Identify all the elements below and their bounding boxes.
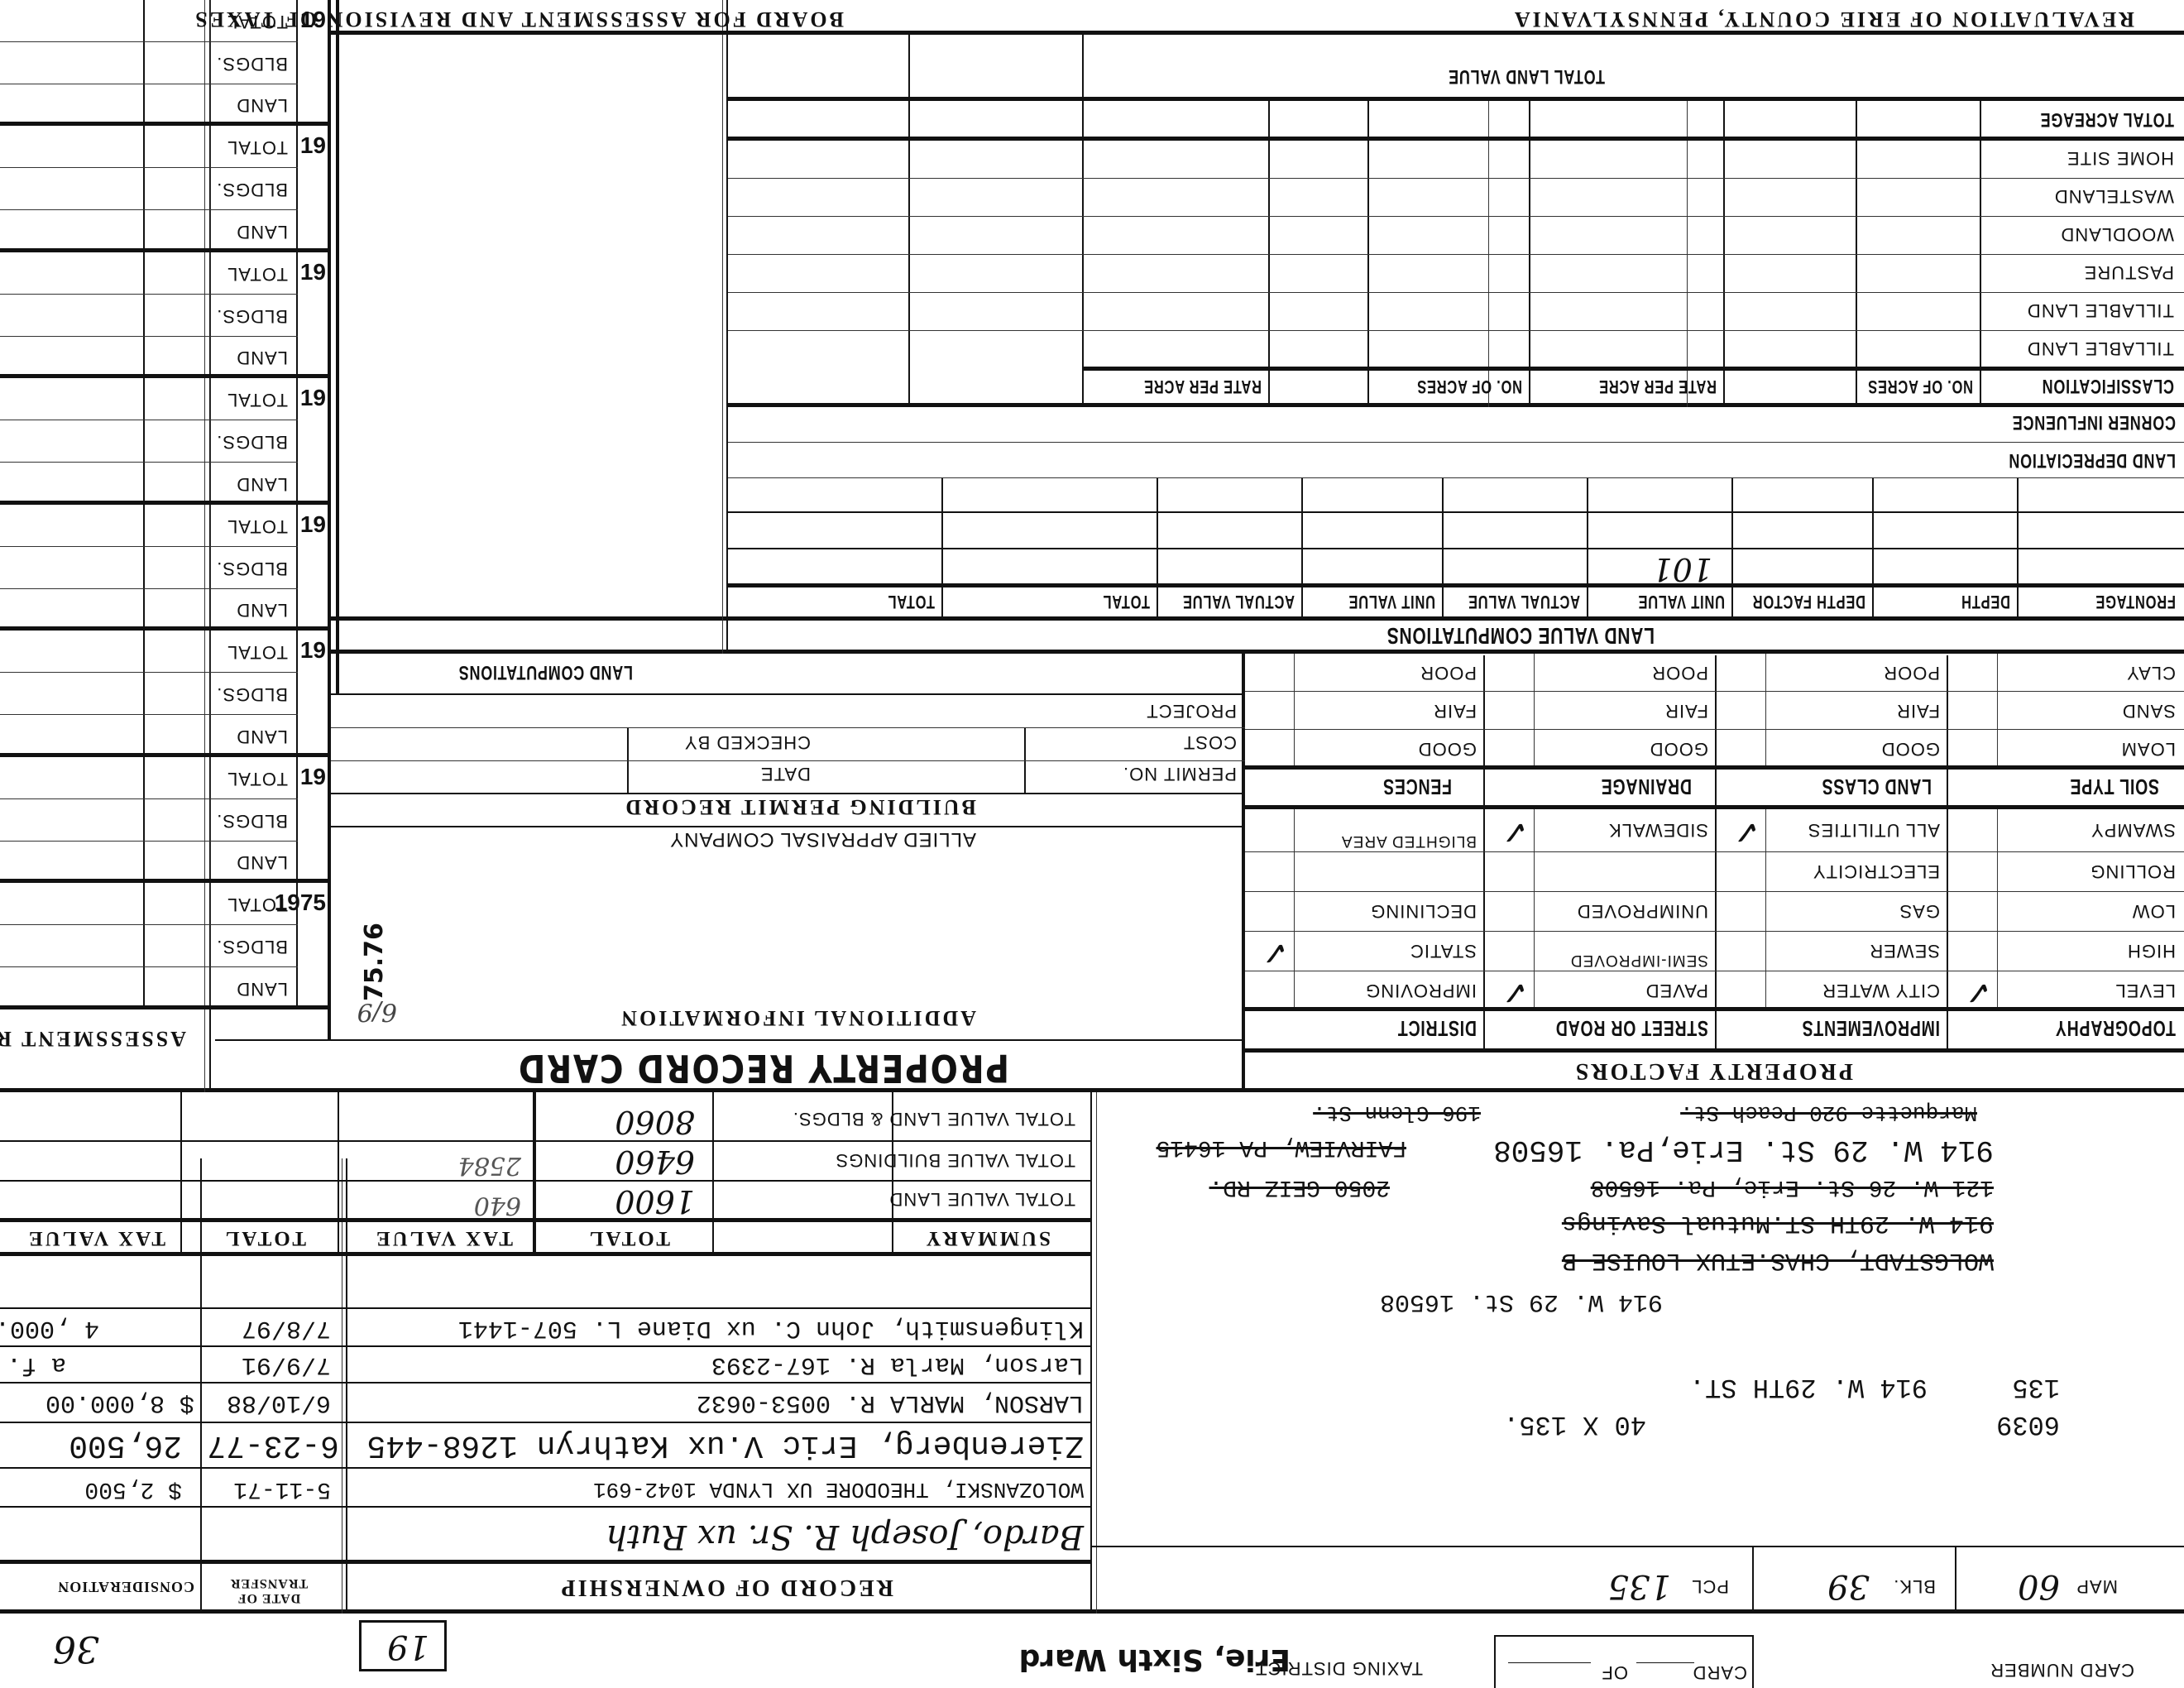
assessment-row-label: LAND xyxy=(236,600,288,621)
class-col-acres-1: NO. OF ACRES xyxy=(1867,376,1973,397)
assessment-value-field[interactable] xyxy=(4,256,141,291)
fences-fair: FAIR xyxy=(1433,700,1477,722)
pf-level: LEVEL xyxy=(2115,980,2177,1001)
class-row-wasteland: WASTELAND xyxy=(2054,185,2174,207)
assessment-value-field[interactable] xyxy=(4,466,141,501)
pf-semi-improved: SEMI-IMPROVED xyxy=(1543,952,1708,968)
summary-row-total-1[interactable]: 6460 xyxy=(615,1144,695,1180)
pf-swampy: SWAMPY xyxy=(2091,819,2176,841)
depth-factor-value[interactable]: 101 xyxy=(1652,551,1712,587)
soil-clay: CLAY xyxy=(2126,662,2176,683)
assessment-year-prefix: 19 xyxy=(300,386,326,412)
assessment-value-field[interactable] xyxy=(4,213,141,249)
summary-title: SUMMARY xyxy=(924,1226,1051,1249)
taxing-district-label: TAXING DISTRICT xyxy=(1324,1658,1423,1678)
address-6: FAIRVIEW, PA 16415 xyxy=(1157,1134,1406,1160)
assessment-value-field[interactable] xyxy=(4,635,141,670)
drainage-poor: POOR xyxy=(1651,662,1708,683)
address-0: 914 W. 29 St. 16508 xyxy=(1380,1288,1663,1316)
class-row-pasture: PASTURE xyxy=(2084,261,2174,283)
additional-info-handwriting: 6/9 xyxy=(357,997,397,1026)
pf-static-check-icon[interactable]: ✓ xyxy=(1261,933,1289,971)
landclass-good: GOOD xyxy=(1881,738,1940,760)
pf-rolling: ROLLING xyxy=(2090,861,2176,882)
pf-sidewalk: SIDEWALK xyxy=(1608,819,1708,841)
landclass-poor: POOR xyxy=(1883,662,1940,683)
address-1: WOLGSTADT, CHAS.ETUX LOUISE B xyxy=(1562,1246,1994,1274)
map-label: MAP xyxy=(2076,1575,2118,1597)
transfer-date-4: 7/9/91 xyxy=(242,1350,331,1379)
pf-col-district: DISTRICT xyxy=(1397,1015,1477,1041)
total-land-value-label: TOTAL LAND VALUE xyxy=(1448,65,1605,88)
corner-number: 36 xyxy=(53,1628,99,1670)
owner-3: LARSON, MARLA R. 0053-0632 xyxy=(697,1388,1084,1417)
summary-tax-value-header: TAX VALUE xyxy=(374,1226,513,1249)
classification-label: CLASSIFICATION xyxy=(2042,374,2174,397)
pf-paved: PAVED xyxy=(1645,980,1708,1001)
summary-total-header: TOTAL xyxy=(587,1226,670,1249)
assessment-row-label: BLDGS. xyxy=(216,431,288,453)
assessment-year-prefix: 19 xyxy=(300,638,326,664)
assessment-row-label: BLDGS. xyxy=(216,53,288,74)
assessment-row-label: BLDGS. xyxy=(216,810,288,832)
transfer-date-2: 6-23-77 xyxy=(207,1427,339,1463)
assessment-value-field[interactable] xyxy=(4,550,141,586)
assessment-value-field[interactable] xyxy=(4,592,141,628)
address-4: 2050 GEIZ RD. xyxy=(1209,1174,1390,1200)
soil-loam: LOAM xyxy=(2121,738,2176,760)
owner-5: Klingensmith, John C. ux Diane L. 507-14… xyxy=(458,1314,1084,1342)
pcl-label: PCL xyxy=(1691,1575,1729,1597)
assessment-year-prefix: 19 xyxy=(300,764,326,790)
pf-paved-check-icon[interactable]: ✓ xyxy=(1501,973,1529,1011)
assessment-value-field[interactable] xyxy=(4,928,141,964)
address-5: 914 W. 29 St. Erie,Pa. 16508 xyxy=(1493,1133,1994,1167)
date-of-transfer-header: DATE OF TRANSFER xyxy=(207,1575,331,1605)
pf-blighted-area: BLIGHTED AREA xyxy=(1311,832,1477,849)
soil-sand: SAND xyxy=(2122,700,2176,722)
owner-1: WOLOZANSKI, THEODORE UX LYNDA 1042-691 xyxy=(593,1477,1084,1502)
consideration-3: $ 8,000.00 xyxy=(45,1388,194,1417)
pf-col-soil-type: SOIL TYPE xyxy=(2070,774,2159,799)
pf-low: LOW xyxy=(2132,900,2176,922)
consideration-5: 4 ,000. xyxy=(0,1314,99,1342)
assessment-row-label: LAND xyxy=(236,978,288,1000)
corner-influence-label: CORNER INFLUENCE xyxy=(2012,410,2176,434)
blk-value[interactable]: 39 xyxy=(1827,1567,1870,1605)
building-permit-title: BUILDING PERMIT RECORD xyxy=(623,794,976,819)
assessment-value-field[interactable] xyxy=(4,3,141,39)
land-value-column-header: UNIT VALUE xyxy=(1638,591,1725,612)
ownership-title: RECORD OF OWNERSHIP xyxy=(559,1574,893,1600)
assessment-row-label: BLDGS. xyxy=(216,936,288,957)
land-value-column-header: FRONTAGE xyxy=(2095,591,2176,612)
map-value[interactable]: 60 xyxy=(2018,1567,2060,1605)
card-of-of-label: OF xyxy=(1601,1662,1628,1683)
consideration-header: CONSIDERATION xyxy=(57,1578,194,1595)
transfer-date-1: 5-11-71 xyxy=(233,1476,331,1502)
owner-2: Zierenberg, Eric V.ux Kathryn 1268-445 xyxy=(366,1427,1084,1463)
pf-gas: GAS xyxy=(1899,900,1940,922)
taxing-district-value: Erie, Sixth Ward xyxy=(1019,1642,1291,1676)
summary-row-label-0: TOTAL VALUE LAND xyxy=(889,1188,1075,1210)
assessment-row-label: LAND xyxy=(236,221,288,242)
summary-row-label-1: TOTAL VALUE BUILDINGS xyxy=(836,1149,1075,1171)
assessment-row-label: BLDGS. xyxy=(216,683,288,705)
assessment-year-prefix: 19 xyxy=(300,7,326,33)
checked-by-label: CHECKED BY xyxy=(684,731,811,753)
assessment-row-label: LAND xyxy=(236,852,288,874)
summary-row-label-2: TOTAL VALUE LAND & BLDGS. xyxy=(793,1108,1075,1129)
county-title: REVALUATION OF ERIE COUNTY, PENNSYLVANIA xyxy=(1512,7,2134,31)
land-value-column-header: ACTUAL VALUE xyxy=(1468,591,1580,612)
card-of-field-2[interactable] xyxy=(1508,1662,1591,1663)
parcel-line2-addr: 914 W. 29TH ST. xyxy=(1689,1372,1928,1403)
owner-4: Larson, Marla R. 167-2393 xyxy=(711,1350,1084,1379)
pf-electricity: ELECTRICITY xyxy=(1813,861,1940,882)
fences-poor: POOR xyxy=(1420,662,1477,683)
assessment-value-field[interactable] xyxy=(4,298,141,333)
assessment-row-label: TOTAL xyxy=(227,389,288,410)
pf-sewer: SEWER xyxy=(1869,940,1940,961)
consideration-1: $ 2,500 xyxy=(84,1476,182,1502)
transfer-date-5: 7/8/97 xyxy=(242,1314,331,1342)
cost-label: COST xyxy=(1183,731,1237,753)
drainage-fair: FAIR xyxy=(1664,700,1708,722)
pf-level-check-icon[interactable]: ✓ xyxy=(1964,973,1992,1011)
summary-row-tax-1[interactable]: 2584 xyxy=(458,1151,521,1180)
additional-info-title: ADDITIONAL INFORMATION xyxy=(619,1005,976,1030)
assessment-year-prefix: 19 xyxy=(300,511,326,538)
land-value-column-header: UNIT VALUE xyxy=(1348,591,1435,612)
project-label: PROJECT xyxy=(1146,700,1237,722)
land-value-computations-title: LAND VALUE COMPUTATIONS xyxy=(1387,622,1655,649)
permit-no-field[interactable] xyxy=(637,763,1026,793)
assessment-value-field[interactable] xyxy=(4,718,141,754)
board-title: BOARD FOR ASSESSMENT AND REVISION OF TAX… xyxy=(193,7,844,31)
assessment-row-label: LAND xyxy=(236,726,288,747)
allied-appraisal: ALLIED APPRAISAL COMPANY xyxy=(669,827,976,851)
class-row-woodland: WOODLAND xyxy=(2060,223,2174,245)
parcel-dimensions: 40 X 135. xyxy=(1503,1409,1646,1440)
drainage-good: GOOD xyxy=(1650,738,1708,760)
assessment-row-label: BLDGS. xyxy=(216,558,288,579)
summary-row-total-2[interactable]: 8060 xyxy=(615,1104,695,1140)
assessment-value-field[interactable] xyxy=(4,760,141,796)
pf-improving: IMPROVING xyxy=(1365,980,1477,1001)
land-value-column-header: ACTUAL VALUE xyxy=(1182,591,1295,612)
assessment-row-label: LAND xyxy=(236,473,288,495)
assessment-row-label: TOTAL xyxy=(227,894,288,915)
pf-col-improvements: IMPROVEMENTS xyxy=(1802,1015,1940,1041)
total-acreage-label: TOTAL ACREAGE xyxy=(2040,108,2174,131)
assessment-row-label: TOTAL xyxy=(227,263,288,285)
class-col-rate-1: RATE PER ACRE xyxy=(1598,376,1717,397)
pf-declining: DECLINING xyxy=(1370,900,1477,922)
land-depreciation-label: LAND DEPRECIATION xyxy=(2009,448,2176,472)
pf-col-street: STREET OR ROAD xyxy=(1555,1015,1708,1041)
assessment-value-field[interactable] xyxy=(4,845,141,880)
assessment-row-label: BLDGS. xyxy=(216,179,288,200)
land-value-column-header: DEPTH FACTOR xyxy=(1752,591,1865,612)
permit-no-label: PERMIT NO. xyxy=(1123,763,1237,784)
card-number-label: CARD NUMBER xyxy=(2043,1660,2134,1680)
parcel-line2-num: 135 xyxy=(2012,1372,2060,1403)
assessment-row-label: TOTAL xyxy=(227,516,288,537)
class-row-home-site: HOME SITE xyxy=(2067,147,2174,169)
assessment-value-field[interactable] xyxy=(4,171,141,207)
class-col-acres-2: NO. OF ACRES xyxy=(1416,376,1522,397)
assessment-value-field[interactable] xyxy=(4,130,141,165)
assessment-row-label: TOTAL xyxy=(227,137,288,158)
pf-city-water: CITY WATER xyxy=(1822,980,1940,1001)
pf-high: HIGH xyxy=(2127,940,2176,961)
assessment-value-field[interactable] xyxy=(4,803,141,838)
pf-col-topography: TOPOGRAPHY xyxy=(2055,1015,2176,1041)
pf-all-utilities-check-icon[interactable]: ✓ xyxy=(1732,813,1760,851)
parcel-line1: 6039 xyxy=(1996,1409,2060,1440)
landclass-fair: FAIR xyxy=(1896,700,1940,722)
property-record-card: CARD NUMBER CARD OF TAXING DISTRICT Erie… xyxy=(0,0,2184,1688)
pf-sidewalk-check-icon[interactable]: ✓ xyxy=(1501,813,1529,851)
date-label: DATE xyxy=(760,763,811,784)
class-row-tillable-2: TILLABLE LAND xyxy=(2027,300,2174,321)
address-2: 914 W. 29TH ST.Mutual Savings xyxy=(1562,1209,1994,1237)
class-col-rate-2: RATE PER ACRE xyxy=(1143,376,1262,397)
card-of-card-label: CARD xyxy=(1693,1662,1747,1683)
consideration-4: a f. xyxy=(7,1350,66,1379)
land-value-column-header: TOTAL xyxy=(1103,591,1150,612)
pf-col-land-class: LAND CLASS xyxy=(1822,774,1932,799)
assessment-year-prefix: 19 xyxy=(300,259,326,285)
boxed-number: 19 xyxy=(359,1620,447,1671)
blk-label: BLK. xyxy=(1893,1575,1936,1597)
card-of-box: CARD OF xyxy=(1494,1635,1754,1688)
assessment-value-field[interactable] xyxy=(4,508,141,544)
assessment-value-field[interactable] xyxy=(4,88,141,123)
land-value-column-header: TOTAL xyxy=(888,591,935,612)
card-of-field-1[interactable] xyxy=(1636,1662,1694,1663)
assessment-value-field[interactable] xyxy=(4,382,141,418)
assessment-row-label: TOTAL xyxy=(227,641,288,663)
pf-all-utilities: ALL UTILITIES xyxy=(1808,819,1940,841)
class-row-tillable-1: TILLABLE LAND xyxy=(2027,338,2174,359)
land-computations-label: LAND COMPUTATIONS xyxy=(458,660,633,683)
transfer-date-3: 6/10/88 xyxy=(227,1388,331,1417)
summary-tax-value-header-2: TAX VALUE xyxy=(26,1226,165,1249)
summary-row-total-0[interactable]: 1600 xyxy=(615,1183,695,1220)
fences-good: GOOD xyxy=(1418,738,1477,760)
assessment-row-label: LAND xyxy=(236,95,288,117)
assessment-row-label: TOTAL xyxy=(227,768,288,789)
consideration-2: 26,500 xyxy=(69,1427,182,1463)
assessment-year-prefix: 19 xyxy=(300,133,326,160)
assessment-row-label: TOTAL xyxy=(227,11,288,32)
pf-col-drainage: DRAINAGE xyxy=(1601,774,1692,799)
address-3: 121 W. 26 St. Erie, Pa. 16508 xyxy=(1591,1174,1994,1200)
assessment-value-field[interactable] xyxy=(4,340,141,376)
pf-unimproved: UNIMPROVED xyxy=(1577,900,1708,922)
assessment-value-field[interactable] xyxy=(4,971,141,1006)
assessment-value-field[interactable] xyxy=(4,424,141,459)
assessment-row-label: LAND xyxy=(236,348,288,369)
assessment-value-field[interactable] xyxy=(4,46,141,81)
pcl-value[interactable]: 135 xyxy=(1608,1567,1671,1605)
summary-row-tax-0[interactable]: 640 xyxy=(474,1191,521,1220)
assessment-record-title: ASSESSMENT RECORD xyxy=(0,1026,186,1051)
property-factors-title: PROPERTY FACTORS xyxy=(1573,1057,1853,1084)
assessment-value-field[interactable] xyxy=(4,676,141,712)
owner-0: Bardo, Joseph R. Sr. ux Ruth xyxy=(606,1518,1084,1556)
land-value-column-header: DEPTH xyxy=(1961,591,2010,612)
assessment-value-field[interactable] xyxy=(4,887,141,923)
property-record-card-title: PROPERTY RECORD CARD xyxy=(517,1046,1009,1091)
side-number: 75.76 xyxy=(360,923,389,1001)
assessment-row-label: BLDGS. xyxy=(216,305,288,327)
pf-static: STATIC xyxy=(1410,940,1477,961)
summary-total-header-2: TOTAL xyxy=(223,1226,306,1249)
pf-col-fences: FENCES xyxy=(1382,774,1452,799)
